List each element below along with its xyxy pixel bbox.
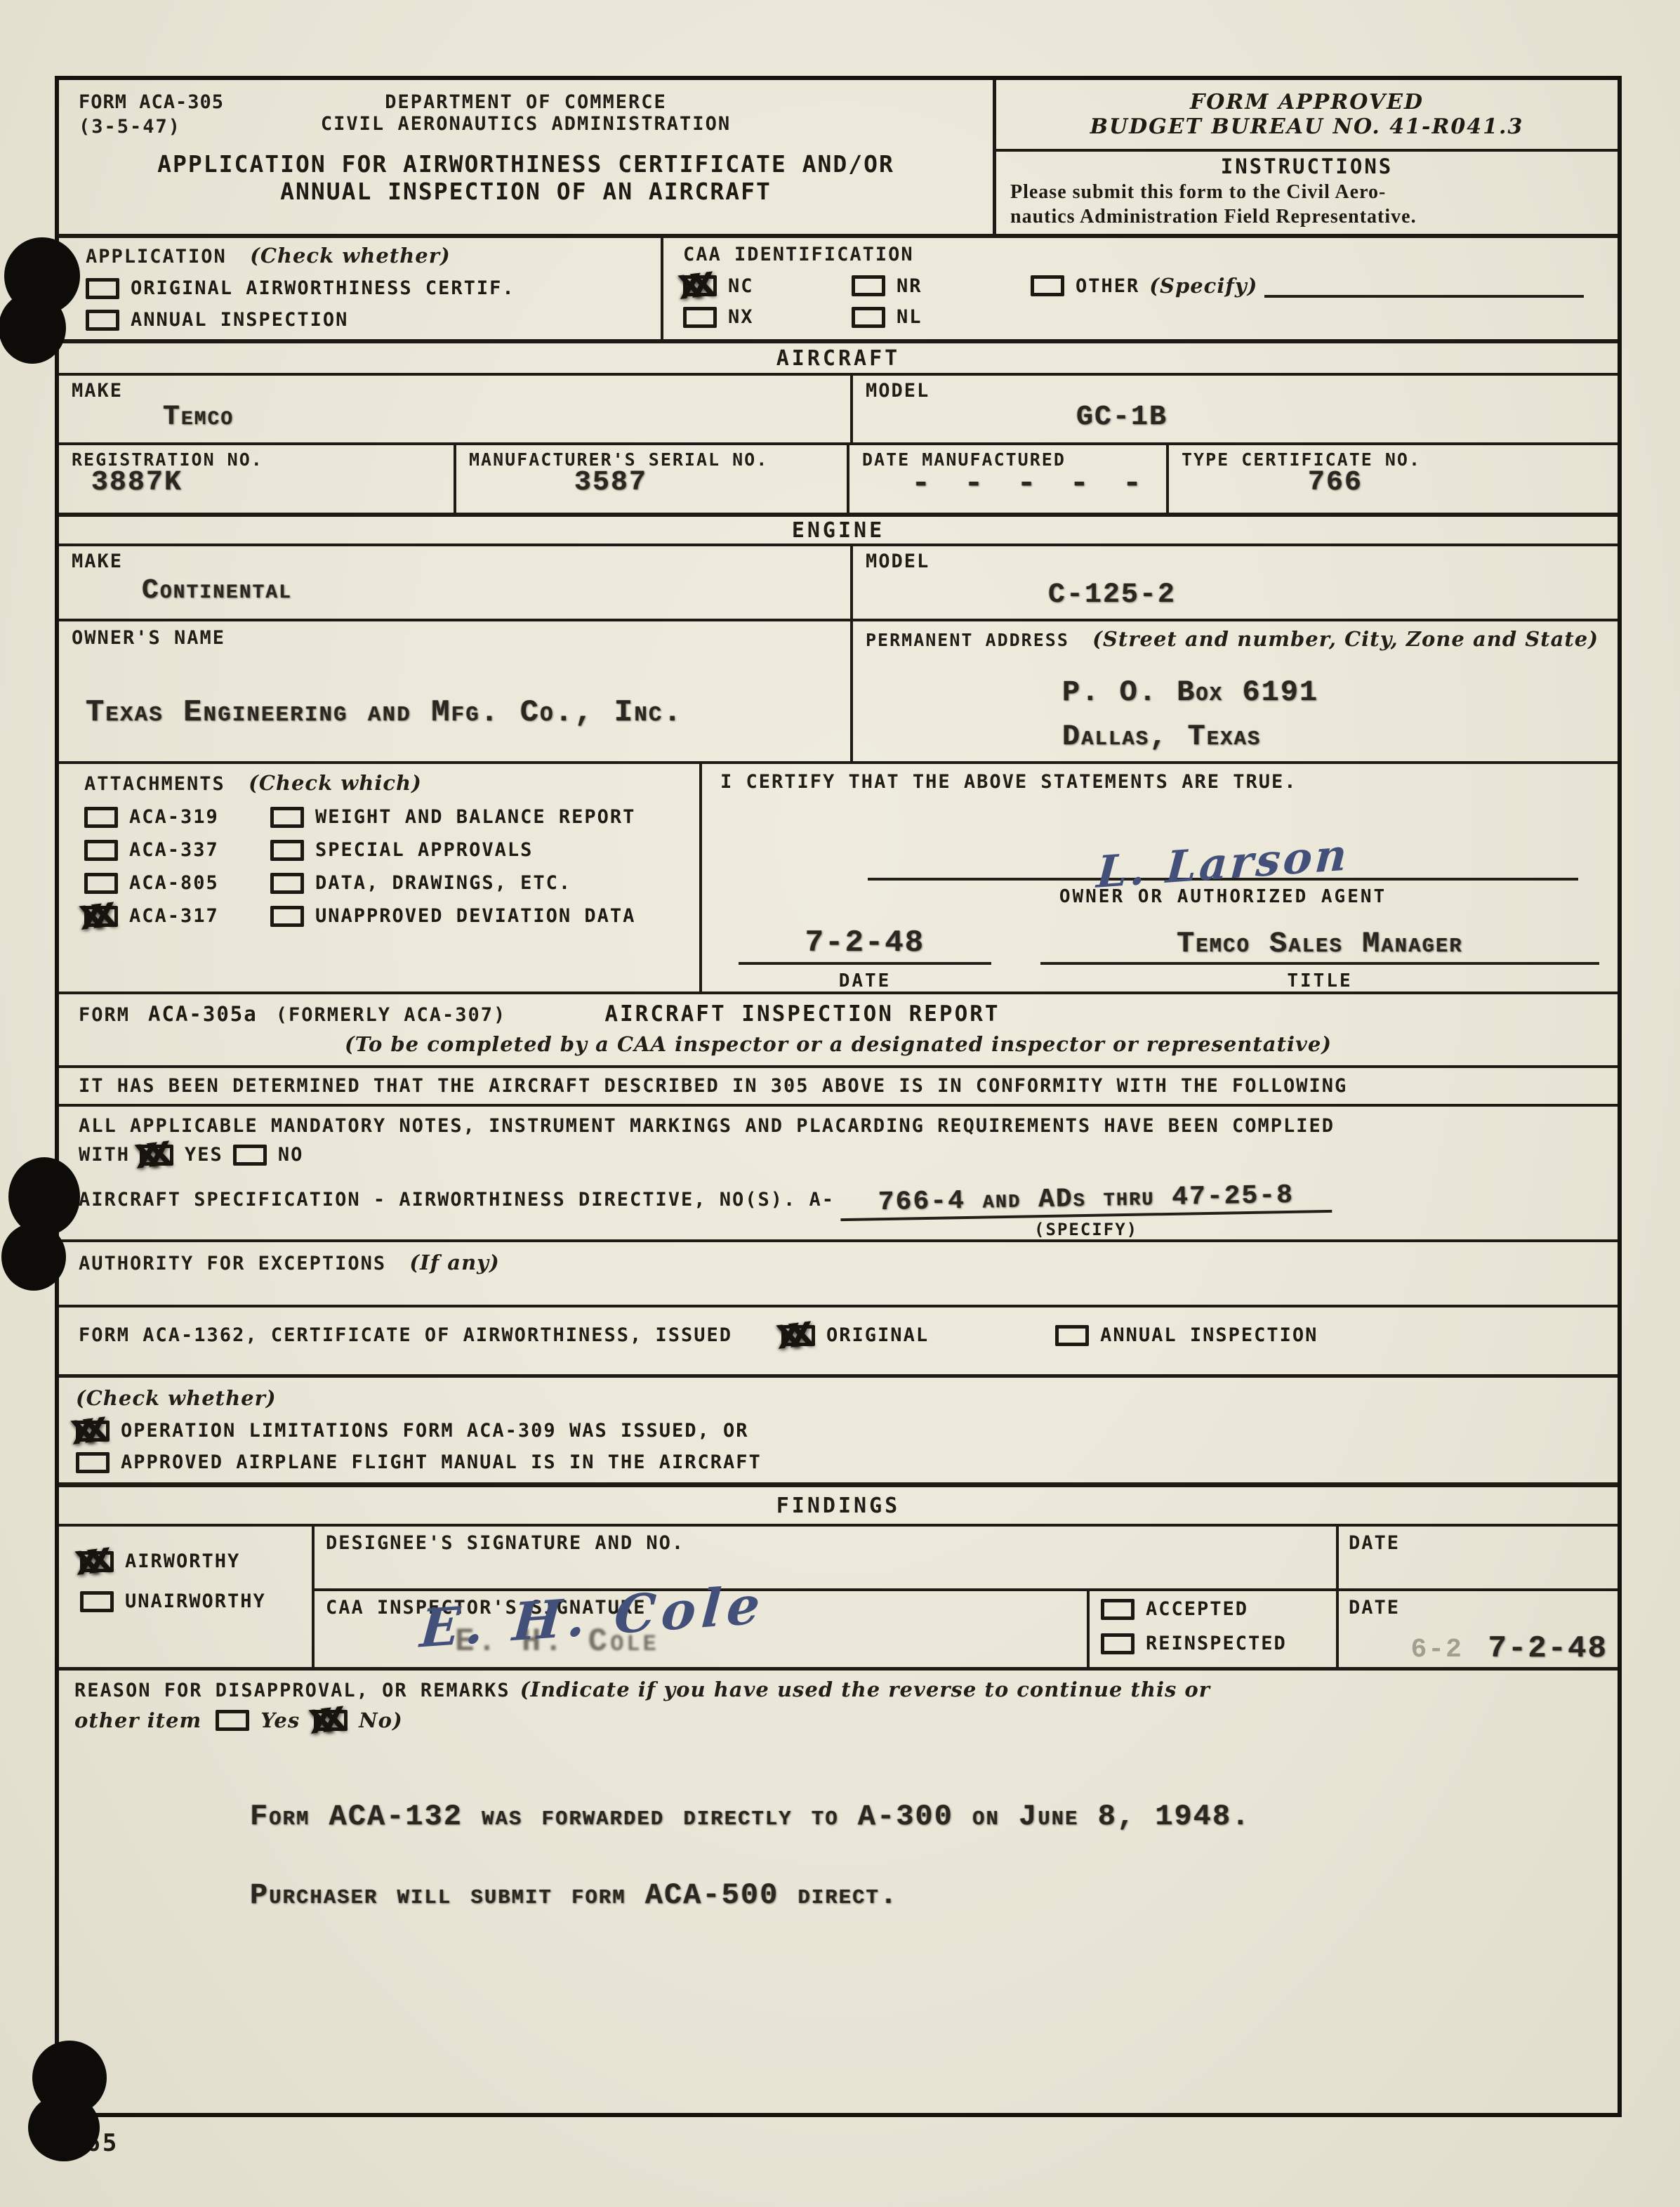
permanent-address-header: PERMANENT ADDRESS (Street and number, Ci… <box>866 627 1603 651</box>
option-other: OTHER (Specify) <box>1031 274 1598 298</box>
registration-field: REGISTRATION NO. 3887K <box>59 445 454 513</box>
inspection-report-subtitle-line: (To be completed by a CAA inspector or a… <box>59 1032 1618 1056</box>
certification-title-value: Temco Sales Manager <box>1040 927 1599 965</box>
aircraft-specification-label: AIRCRAFT SPECIFICATION - AIRWORTHINESS D… <box>79 1189 835 1211</box>
certificate-issued-label: FORM ACA-1362, CERTIFICATE OF AIRWORTHIN… <box>79 1324 732 1346</box>
aircraft-specification-note: (SPECIFY) <box>840 1220 1332 1239</box>
aircraft-section-band: AIRCRAFT <box>59 342 1618 376</box>
operation-limitations-label: OPERATION LIMITATIONS FORM ACA-309 WAS I… <box>121 1420 749 1442</box>
check-whether-note: (Check whether) <box>76 1386 1618 1410</box>
special-approvals-label: SPECIAL APPROVALS <box>315 839 533 861</box>
option-nl: NL <box>852 306 1031 328</box>
application-form: FORM ACA-305 (3-5-47) DEPARTMENT OF COMM… <box>55 76 1622 2117</box>
unapproved-deviation-checkbox[interactable] <box>270 906 304 927</box>
remarks-yes-label: Yes <box>260 1708 300 1732</box>
other-specify-note: (Specify) <box>1149 274 1257 298</box>
aircraft-make-label: MAKE <box>72 380 850 402</box>
application-row: APPLICATION (Check whether) ORIGINAL AIR… <box>59 238 1618 342</box>
certification-date-block: 7-2-48 DATE <box>739 925 991 991</box>
attachment-weight-balance: WEIGHT AND BALANCE REPORT <box>270 806 692 828</box>
accepted-option: ACCEPTED <box>1101 1598 1336 1620</box>
inspector-date-values: 6-2 7-2-48 <box>1349 1631 1608 1666</box>
remarks-note-line1: (Indicate if you have used the reverse t… <box>520 1678 1210 1701</box>
designee-date-label: DATE <box>1349 1532 1400 1554</box>
certificate-issued-line: FORM ACA-1362, CERTIFICATE OF AIRWORTHIN… <box>79 1324 1618 1346</box>
other-checkbox[interactable] <box>1031 275 1064 296</box>
compliance-with-label: WITH <box>79 1144 130 1166</box>
designee-row: DESIGNEE'S SIGNATURE AND NO. DATE <box>315 1527 1618 1591</box>
inspector-date-label: DATE <box>1349 1597 1608 1619</box>
engine-make-field: MAKE Continental <box>59 546 850 619</box>
instructions-line1: Please submit this form to the Civil Aer… <box>1010 181 1386 203</box>
weight-balance-checkbox[interactable] <box>270 807 304 828</box>
nc-checkbox[interactable] <box>683 275 717 296</box>
remarks-yes-checkbox[interactable] <box>216 1710 249 1731</box>
nx-label: NX <box>728 306 754 328</box>
owner-signature-caption: OWNER OR AUTHORIZED AGENT <box>868 886 1578 907</box>
aircraft-specification-fill: 766-4 and ADs thru 47-25-8 (SPECIFY) <box>840 1184 1332 1239</box>
attachments-certification-row: ATTACHMENTS (Check which) ACA-319 WEIGHT… <box>59 764 1618 994</box>
owner-name-value: Texas Engineering and Mfg. Co., Inc. <box>72 695 850 730</box>
engine-make-value: Continental <box>72 575 850 607</box>
address-line2: Dallas, Texas <box>1062 720 1261 753</box>
aca-319-label: ACA-319 <box>129 806 219 828</box>
attachment-unapproved-deviation: UNAPPROVED DEVIATION DATA <box>270 905 692 927</box>
operation-limitations-checkbox[interactable] <box>76 1421 110 1442</box>
attachment-aca-805: ACA-805 <box>84 872 270 894</box>
serial-number-value: 3587 <box>469 467 847 499</box>
owner-row: OWNER'S NAME Texas Engineering and Mfg. … <box>59 621 1618 764</box>
aca-805-label: ACA-805 <box>129 872 219 894</box>
type-certificate-field: TYPE CERTIFICATE NO. 766 <box>1166 445 1618 513</box>
page-title-line1: APPLICATION FOR AIRWORTHINESS CERTIFICAT… <box>59 150 993 178</box>
unairworthy-label: UNAIRWORTHY <box>125 1590 266 1612</box>
engine-model-value: C-125-2 <box>866 579 1618 611</box>
form-revision-date: (3-5-47) <box>79 114 224 139</box>
acceptance-field: ACCEPTED REINSPECTED <box>1087 1591 1336 1667</box>
nr-checkbox[interactable] <box>852 275 885 296</box>
aircraft-model-field: MODEL GC-1B <box>850 376 1618 442</box>
ink-blot-top-2 <box>0 292 66 364</box>
application-header: APPLICATION (Check whether) <box>86 244 661 268</box>
aircraft-model-label: MODEL <box>866 380 1618 402</box>
remarks-typed-line2: Purchaser will submit form ACA-500 direc… <box>250 1878 1603 1912</box>
aircraft-registration-row: REGISTRATION NO. 3887K MANUFACTURER'S SE… <box>59 445 1618 515</box>
caa-row-1: NC NR OTHER (Specify) <box>683 274 1598 298</box>
certification-bottom: 7-2-48 DATE Temco Sales Manager TITLE <box>720 925 1599 991</box>
inspection-report-line1: FORM ACA-305a (FORMERLY ACA-307) AIRCRAF… <box>59 1001 1618 1027</box>
aircraft-make-value: Temco <box>72 402 850 433</box>
original-airworthiness-label: ORIGINAL AIRWORTHINESS CERTIF. <box>131 277 515 299</box>
findings-signature-column: DESIGNEE'S SIGNATURE AND NO. DATE CAA IN… <box>312 1527 1618 1667</box>
application-label: APPLICATION <box>86 246 227 268</box>
attachment-aca-317: ACA-317 <box>84 905 270 927</box>
remarks-typed-line1: Form ACA-132 was forwarded directly to A… <box>250 1800 1603 1833</box>
form-header: FORM ACA-305 (3-5-47) DEPARTMENT OF COMM… <box>59 80 1618 238</box>
date-manufactured-field: DATE MANUFACTURED - - - - - <box>847 445 1166 513</box>
remarks-header-line1: REASON FOR DISAPPROVAL, OR REMARKS (Indi… <box>74 1678 1603 1701</box>
instructions-title: INSTRUCTIONS <box>1010 154 1603 178</box>
nr-label: NR <box>897 275 922 297</box>
issued-annual-label: ANNUAL INSPECTION <box>1100 1324 1318 1346</box>
aircraft-make-field: MAKE Temco <box>59 376 850 442</box>
inspector-date-field: DATE 6-2 7-2-48 <box>1336 1591 1618 1667</box>
authority-exceptions-row: AUTHORITY FOR EXCEPTIONS (If any) <box>59 1242 1618 1307</box>
nl-checkbox[interactable] <box>852 307 885 328</box>
caa-identification-section: CAA IDENTIFICATION NC NR OTHER (Specify) <box>661 238 1618 339</box>
aca-337-label: ACA-337 <box>129 839 219 861</box>
registration-value: 3887K <box>72 467 454 499</box>
certificate-issued-row: FORM ACA-1362, CERTIFICATE OF AIRWORTHIN… <box>59 1307 1618 1378</box>
inspector-date-value: 7-2-48 <box>1488 1631 1608 1666</box>
permanent-address-value: P. O. Box 6191 Dallas, Texas <box>866 671 1603 759</box>
header-right: FORM APPROVED BUDGET BUREAU NO. 41-R041.… <box>993 80 1618 234</box>
unairworthy-option: UNAIRWORTHY <box>80 1590 312 1612</box>
application-section: APPLICATION (Check whether) ORIGINAL AIR… <box>59 238 661 339</box>
option-annual-inspection: ANNUAL INSPECTION <box>86 309 661 331</box>
engine-make-model-row: MAKE Continental MODEL C-125-2 <box>59 546 1618 621</box>
nc-label: NC <box>728 275 754 297</box>
header-left: FORM ACA-305 (3-5-47) DEPARTMENT OF COMM… <box>59 80 993 234</box>
instructions-line2: nautics Administration Field Representat… <box>1010 206 1417 228</box>
permanent-address-label: PERMANENT ADDRESS <box>866 630 1069 650</box>
inspection-report-title: AIRCRAFT INSPECTION REPORT <box>604 1001 1000 1027</box>
check-whether-row: (Check whether) OPERATION LIMITATIONS FO… <box>59 1378 1618 1486</box>
engine-make-label: MAKE <box>72 551 850 572</box>
compliance-no-label: NO <box>278 1144 304 1166</box>
data-drawings-checkbox[interactable] <box>270 873 304 894</box>
aca-319-checkbox[interactable] <box>84 807 118 828</box>
attachment-data-drawings: DATA, DRAWINGS, ETC. <box>270 872 692 894</box>
nl-label: NL <box>897 306 922 328</box>
inspector-signature-field: CAA INSPECTOR'S SIGNATURE E. H. Cole E. … <box>315 1591 1087 1667</box>
flight-manual-checkbox[interactable] <box>76 1452 110 1473</box>
engine-model-label: MODEL <box>866 551 1618 572</box>
owner-name-label: OWNER'S NAME <box>72 627 850 649</box>
form-approved-block: FORM APPROVED BUDGET BUREAU NO. 41-R041.… <box>996 80 1618 152</box>
designee-date-field: DATE <box>1336 1527 1618 1588</box>
airworthy-checkbox[interactable] <box>80 1551 114 1572</box>
permanent-address-field: PERMANENT ADDRESS (Street and number, Ci… <box>850 621 1618 761</box>
attachment-special-approvals: SPECIAL APPROVALS <box>270 839 692 861</box>
other-specify-line <box>1264 274 1584 298</box>
aca-805-checkbox[interactable] <box>84 873 118 894</box>
aca-317-label: ACA-317 <box>129 905 219 927</box>
scanned-form-page: { "colors": { "paper": "#ebe7d8", "ink":… <box>0 0 1680 2207</box>
flight-manual-option: APPROVED AIRPLANE FLIGHT MANUAL IS IN TH… <box>76 1451 1618 1473</box>
option-nr: NR <box>852 275 1031 297</box>
owner-name-field: OWNER'S NAME Texas Engineering and Mfg. … <box>59 621 850 761</box>
inspector-row: CAA INSPECTOR'S SIGNATURE E. H. Cole E. … <box>315 1591 1618 1667</box>
option-nc: NC <box>683 275 852 297</box>
option-original-airworthiness: ORIGINAL AIRWORTHINESS CERTIF. <box>86 277 661 299</box>
aircraft-specification-line: AIRCRAFT SPECIFICATION - AIRWORTHINESS D… <box>79 1184 1618 1239</box>
page-title: APPLICATION FOR AIRWORTHINESS CERTIFICAT… <box>59 150 993 205</box>
instructions-block: INSTRUCTIONS Please submit this form to … <box>996 152 1618 234</box>
attachments-label: ATTACHMENTS <box>84 773 225 795</box>
certification-date-caption: DATE <box>739 970 991 991</box>
type-certificate-value: 766 <box>1182 467 1618 499</box>
data-drawings-label: DATA, DRAWINGS, ETC. <box>315 872 571 894</box>
engine-model-field: MODEL C-125-2 <box>850 546 1618 619</box>
designee-signature-field: DESIGNEE'S SIGNATURE AND NO. <box>315 1527 1336 1588</box>
aca-337-checkbox[interactable] <box>84 840 118 861</box>
engine-section-title: ENGINE <box>792 518 885 543</box>
inspection-report-subtitle: (To be completed by a CAA inspector or a… <box>345 1032 1332 1056</box>
engine-section-band: ENGINE <box>59 515 1618 546</box>
application-note: (Check whether) <box>250 244 451 268</box>
reinspected-option: REINSPECTED <box>1101 1633 1336 1654</box>
findings-verdict-column: AIRWORTHY UNAIRWORTHY <box>59 1527 312 1667</box>
accepted-checkbox[interactable] <box>1101 1599 1135 1620</box>
compliance-answer-line: WITH YES NO <box>79 1144 1618 1166</box>
inspection-form-number: ACA-305a <box>148 1002 258 1026</box>
certification-title-caption: TITLE <box>1040 970 1599 991</box>
findings-grid: AIRWORTHY UNAIRWORTHY DESIGNEE'S SIGNATU… <box>59 1527 1618 1671</box>
remarks-header-line2: other item Yes No) <box>74 1708 1603 1732</box>
remarks-row: REASON FOR DISAPPROVAL, OR REMARKS (Indi… <box>59 1671 1618 2113</box>
attachment-aca-337: ACA-337 <box>84 839 270 861</box>
special-approvals-checkbox[interactable] <box>270 840 304 861</box>
determination-row: IT HAS BEEN DETERMINED THAT THE AIRCRAFT… <box>59 1068 1618 1107</box>
page-title-line2: ANNUAL INSPECTION OF AN AIRCRAFT <box>59 178 993 205</box>
determination-text: IT HAS BEEN DETERMINED THAT THE AIRCRAFT… <box>79 1075 1347 1097</box>
aircraft-section-title: AIRCRAFT <box>776 346 901 371</box>
findings-section-title: FINDINGS <box>776 1494 901 1518</box>
certification-title-block: Temco Sales Manager TITLE <box>1040 927 1599 991</box>
remarks-no-label: No) <box>359 1708 403 1732</box>
findings-section-band: FINDINGS <box>59 1486 1618 1527</box>
annual-inspection-checkbox[interactable] <box>86 310 119 331</box>
attachments-grid: ACA-319 WEIGHT AND BALANCE REPORT ACA-33… <box>84 806 692 927</box>
ink-blot-middle-2 <box>1 1223 66 1291</box>
aircraft-model-value: GC-1B <box>866 402 1618 433</box>
authority-exceptions-note: (If any) <box>409 1251 499 1274</box>
compliance-yes-checkbox[interactable] <box>140 1145 173 1166</box>
original-airworthiness-checkbox[interactable] <box>86 278 119 299</box>
owner-signature-block: L. Larson OWNER OR AUTHORIZED AGENT <box>868 838 1578 907</box>
reinspected-checkbox[interactable] <box>1101 1633 1135 1654</box>
flight-manual-label: APPROVED AIRPLANE FLIGHT MANUAL IS IN TH… <box>121 1451 762 1473</box>
attachment-aca-319: ACA-319 <box>84 806 270 828</box>
nx-checkbox[interactable] <box>683 307 717 328</box>
issued-annual-checkbox[interactable] <box>1055 1325 1089 1346</box>
issued-original-checkbox[interactable] <box>781 1325 815 1346</box>
inspection-formerly: (FORMERLY ACA-307) <box>276 1004 507 1026</box>
compliance-row: ALL APPLICABLE MANDATORY NOTES, INSTRUME… <box>59 1107 1618 1242</box>
weight-balance-label: WEIGHT AND BALANCE REPORT <box>315 806 635 828</box>
remarks-note-line2: other item <box>74 1708 201 1732</box>
aircraft-specification-underline: 766-4 and ADs thru 47-25-8 <box>840 1180 1332 1221</box>
caa-row-2: NX NL <box>683 306 1598 328</box>
permanent-address-note: (Street and number, City, Zone and State… <box>1092 627 1599 651</box>
airworthy-label: AIRWORTHY <box>125 1550 240 1572</box>
attachments-section: ATTACHMENTS (Check which) ACA-319 WEIGHT… <box>59 764 699 991</box>
certify-statement: I CERTIFY THAT THE ABOVE STATEMENTS ARE … <box>720 771 1599 793</box>
compliance-text: ALL APPLICABLE MANDATORY NOTES, INSTRUME… <box>79 1115 1618 1137</box>
remarks-label: REASON FOR DISAPPROVAL, OR REMARKS <box>74 1680 510 1701</box>
unairworthy-checkbox[interactable] <box>80 1591 114 1612</box>
designee-signature-label: DESIGNEE'S SIGNATURE AND NO. <box>326 1532 684 1554</box>
remarks-no-checkbox[interactable] <box>314 1710 348 1731</box>
compliance-no-checkbox[interactable] <box>233 1145 267 1166</box>
aca-317-checkbox[interactable] <box>84 906 118 927</box>
inspection-report-header: FORM ACA-305a (FORMERLY ACA-307) AIRCRAF… <box>59 994 1618 1068</box>
reinspected-label: REINSPECTED <box>1146 1633 1287 1654</box>
address-line1: P. O. Box 6191 <box>1062 676 1318 709</box>
issued-original-label: ORIGINAL <box>826 1324 929 1346</box>
date-manufactured-value: - - - - - <box>862 466 1166 502</box>
airworthy-option: AIRWORTHY <box>80 1550 312 1572</box>
inspection-form-label: FORM <box>79 1004 130 1026</box>
authority-exceptions-label: AUTHORITY FOR EXCEPTIONS <box>79 1253 386 1274</box>
attachments-note: (Check which) <box>249 771 422 795</box>
inspector-date-ghost: 6-2 <box>1411 1635 1463 1665</box>
unapproved-deviation-label: UNAPPROVED DEVIATION DATA <box>315 905 635 927</box>
annual-inspection-label: ANNUAL INSPECTION <box>131 309 348 331</box>
accepted-label: ACCEPTED <box>1146 1598 1248 1620</box>
other-label: OTHER <box>1076 275 1139 297</box>
budget-bureau-no: BUDGET BUREAU NO. 41-R041.3 <box>996 114 1618 139</box>
certification-section: I CERTIFY THAT THE ABOVE STATEMENTS ARE … <box>699 764 1618 991</box>
operation-limitations-option: OPERATION LIMITATIONS FORM ACA-309 WAS I… <box>76 1420 1618 1442</box>
ink-blot-bottom-2 <box>28 2094 100 2161</box>
attachments-header: ATTACHMENTS (Check which) <box>84 771 692 795</box>
option-nx: NX <box>683 306 852 328</box>
form-approved-line1: FORM APPROVED <box>996 90 1618 114</box>
aircraft-make-model-row: MAKE Temco MODEL GC-1B <box>59 376 1618 445</box>
instructions-body: Please submit this form to the Civil Aer… <box>1010 180 1603 229</box>
form-number: FORM ACA-305 <box>79 90 224 114</box>
certification-date-value: 7-2-48 <box>739 925 991 965</box>
caa-identification-label: CAA IDENTIFICATION <box>683 244 1598 265</box>
form-number-block: FORM ACA-305 (3-5-47) <box>79 90 224 139</box>
compliance-yes-label: YES <box>185 1144 223 1166</box>
ink-blot-middle <box>8 1157 80 1236</box>
aircraft-specification-value: 766-4 and ADs thru 47-25-8 <box>878 1180 1295 1218</box>
serial-number-field: MANUFACTURER'S SERIAL NO. 3587 <box>454 445 847 513</box>
